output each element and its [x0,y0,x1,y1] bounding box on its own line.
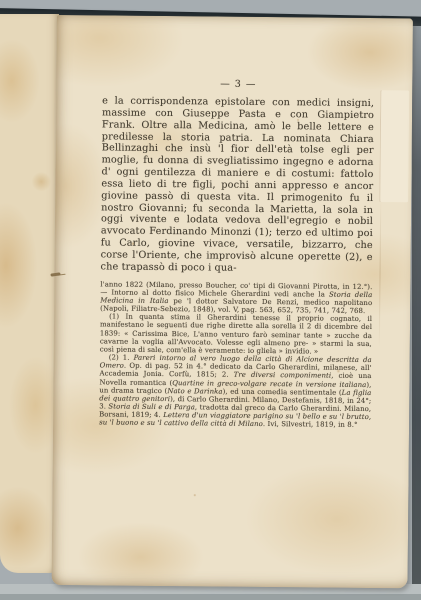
binding-thread [50,272,60,276]
paper-repair-patch [379,90,409,202]
paper-crease [379,198,381,348]
footnote-2: (2) 1. Pareri intorno al vero luogo dell… [99,353,372,429]
book-scan: — 3 — e la corrispondenza epistolare con… [0,0,421,600]
footnotes: l'anno 1822 (Milano, presso Boucher, co'… [99,280,372,429]
body-paragraph: e la corrispondenza epistolare con medic… [101,95,375,275]
scanner-background-edge [0,594,421,600]
footnote-1: (1) In quanta stima il Gherardini teness… [100,313,372,356]
footnote-2-seg: . Ivi, Silvestri, 1819, in 8.° [263,420,358,429]
previous-page-edge [0,14,59,573]
page-number: — 3 — [102,77,374,91]
book-page: — 3 — e la corrispondenza epistolare con… [52,15,413,588]
text-block: — 3 — e la corrispondenza epistolare con… [99,77,374,429]
page-block-shadow [412,26,421,586]
footnote-continuation: l'anno 1822 (Milano, presso Boucher, co'… [100,280,372,315]
